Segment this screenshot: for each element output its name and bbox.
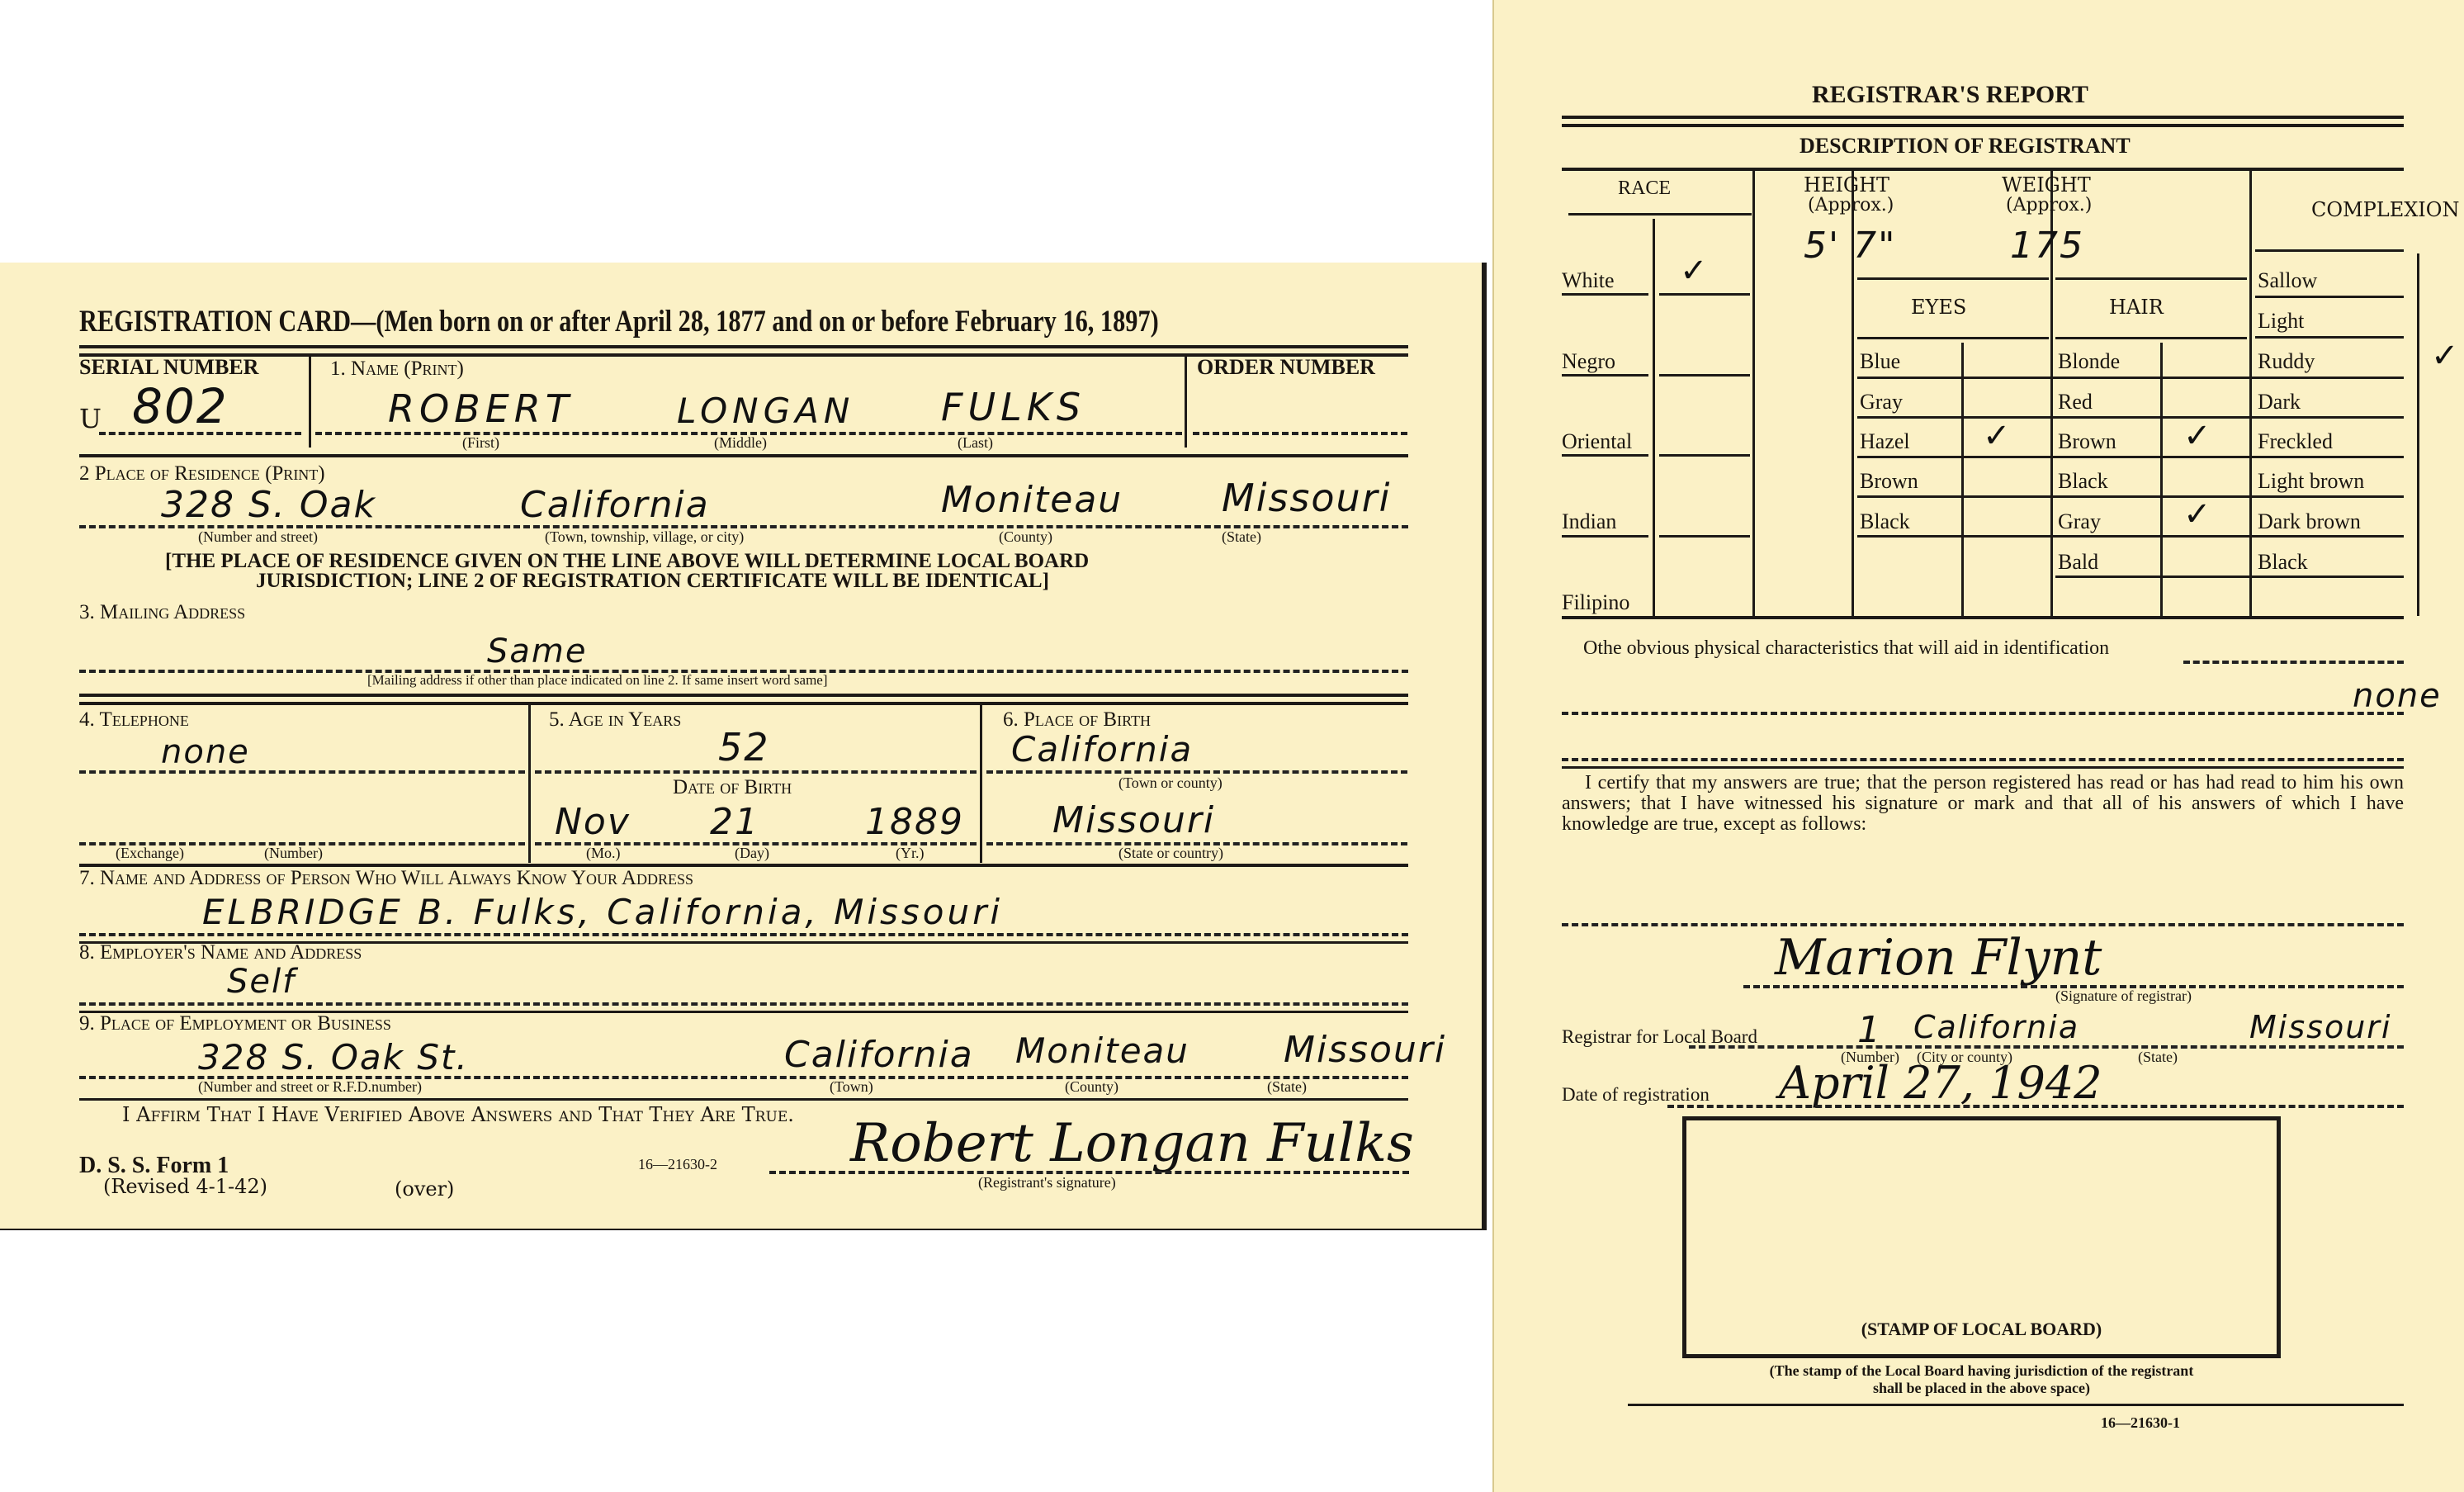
stamp-label: (STAMP OF LOCAL BOARD) [1686, 1319, 2277, 1340]
divider [2055, 277, 2247, 280]
employment-place-label: 9. Place of Employment or Business [79, 1012, 391, 1035]
complexion-header: COMPLEXION [2311, 198, 2459, 221]
registration-date-line [1667, 1105, 2404, 1108]
birthplace-label: 6. Place of Birth [1003, 708, 1151, 732]
divider [2249, 168, 2252, 616]
divider [79, 454, 1408, 457]
divider [1857, 535, 2404, 538]
race-white: White [1562, 268, 1615, 293]
dob-year-caption: (Yr.) [896, 845, 925, 862]
divider [1857, 495, 2404, 498]
complexion-ruddy: Ruddy [2258, 349, 2315, 374]
hair-blonde: Blonde [2058, 349, 2120, 374]
employment-state-caption: (State) [1267, 1078, 1307, 1096]
divider [1562, 168, 2404, 171]
hair-gray: Gray [2058, 509, 2101, 534]
race-filipino: Filipino [1562, 590, 1629, 615]
other-characteristics-line-2 [1562, 712, 2404, 715]
stamp-note-1: (The stamp of the Local Board having jur… [1682, 1362, 2281, 1380]
employment-state: Missouri [1284, 1029, 1446, 1071]
dob-day-caption: (Day) [735, 845, 769, 862]
report-title: REGISTRAR'S REPORT [1812, 81, 2088, 109]
stamp-note-2: shall be placed in the above space) [1682, 1380, 2281, 1397]
hair-red: Red [2058, 390, 2093, 414]
divider [1562, 535, 1648, 538]
certify-text: I certify that my answers are true; that… [1562, 773, 2404, 835]
over-label: (over) [395, 1177, 454, 1201]
eyes-hazel: Hazel [1860, 429, 1910, 454]
complexion-sallow: Sallow [2258, 268, 2317, 293]
eyes-black: Black [1860, 509, 1910, 534]
birthplace-state-caption: (State or country) [1118, 845, 1223, 862]
weight-sub: (Approx.) [2006, 195, 2092, 216]
complexion-light: Light [2258, 309, 2304, 334]
form-revised: (Revised 4-1-42) [103, 1175, 267, 1198]
telephone-value: none [161, 733, 250, 771]
divider [2055, 575, 2404, 578]
serial-number-value: 802 [132, 378, 229, 434]
residence-town-caption: (Town, township, village, or city) [545, 528, 744, 546]
age-label: 5. Age in Years [549, 708, 681, 732]
residence-state: Missouri [1222, 476, 1391, 520]
divider [1659, 535, 1750, 538]
employment-street: 328 S. Oak St. [198, 1037, 469, 1078]
mailing-caption: [Mailing address if other than place ind… [367, 672, 828, 689]
eyes-header: EYES [1911, 296, 1966, 319]
residence-state-caption: (State) [1222, 528, 1261, 546]
divider [980, 702, 982, 863]
divider [1653, 219, 1655, 616]
exceptions-line [1562, 923, 2404, 926]
weight-value: 175 [2010, 225, 2084, 267]
divider [2417, 253, 2419, 616]
divider [2255, 249, 2404, 252]
dob-day: 21 [710, 801, 759, 843]
dob-year: 1889 [865, 801, 964, 843]
divider [2255, 296, 2404, 298]
divider [1659, 293, 1750, 296]
divider [1857, 337, 2049, 339]
divider [1562, 454, 1648, 457]
contact-line [79, 933, 1408, 936]
divider [1562, 116, 2404, 119]
birthplace-town: California [1011, 729, 1193, 770]
front-form-code: 16—21630-2 [638, 1156, 717, 1173]
divider [1628, 1404, 2404, 1406]
eyes-brown: Brown [1860, 469, 1918, 494]
name-first-caption: (First) [462, 434, 499, 452]
height-sub: (Approx.) [1808, 195, 1894, 216]
telephone-label: 4. Telephone [79, 708, 189, 732]
residence-street-caption: (Number and street) [198, 528, 318, 546]
residence-county: Moniteau [941, 479, 1123, 521]
employer-line [79, 1002, 1408, 1006]
race-negro: Negro [1562, 349, 1615, 374]
residence-notice-2: JURISDICTION; LINE 2 OF REGISTRATION CER… [256, 570, 1049, 593]
name-label: 1. Name (Print) [330, 358, 464, 381]
card-title: REGISTRATION CARD—(Men born on or after … [79, 304, 1159, 339]
divider [1562, 293, 1648, 296]
divider [79, 345, 1408, 348]
registrar-signature: Marion Flynt [1775, 929, 2102, 987]
hair-gray-check: ✓ [2183, 495, 2211, 533]
divider [1857, 277, 2049, 280]
serial-line [99, 432, 301, 435]
complexion-black: Black [2258, 550, 2308, 575]
divider [1857, 456, 2404, 458]
divider [1659, 374, 1750, 377]
divider [309, 355, 311, 448]
race-white-check: ✓ [1680, 252, 1708, 290]
divider [2055, 337, 2247, 339]
hair-brown-check: ✓ [2183, 417, 2211, 455]
registrar-signature-caption: (Signature of registrar) [2055, 988, 2192, 1005]
divider [1562, 616, 2404, 619]
registration-date-label: Date of registration [1562, 1084, 1710, 1106]
affirmation-text: I Affirm That I Have Verified Above Answ… [122, 1103, 794, 1126]
hair-black: Black [2058, 469, 2108, 494]
local-board-city: California [1913, 1009, 2079, 1045]
residence-label: 2 Place of Residence (Print) [79, 462, 325, 485]
name-last-caption: (Last) [958, 434, 993, 452]
eyes-blue: Blue [1860, 349, 1900, 374]
divider [1961, 343, 1964, 616]
hair-brown: Brown [2058, 429, 2116, 454]
complexion-dark: Dark [2258, 390, 2301, 414]
employment-town: California [784, 1034, 974, 1076]
name-middle-caption: (Middle) [714, 434, 767, 452]
divider [1857, 416, 2404, 419]
divider [1857, 377, 2404, 379]
divider [1562, 766, 2404, 769]
residence-county-caption: (County) [999, 528, 1052, 546]
signature-caption: (Registrant's signature) [978, 1174, 1116, 1191]
telephone-number-caption: (Number) [264, 845, 323, 862]
divider [1659, 454, 1750, 457]
complexion-light-brown: Light brown [2258, 469, 2364, 494]
other-characteristics-label: Othe obvious physical characteristics th… [1583, 637, 2109, 660]
divider [79, 1098, 1408, 1101]
dob-month-caption: (Mo.) [586, 845, 621, 862]
race-header: RACE [1618, 178, 1671, 200]
mailing-value: Same [487, 632, 587, 670]
dob-month: Nov [555, 801, 631, 843]
age-line [535, 770, 977, 774]
stamp-box: (STAMP OF LOCAL BOARD) [1682, 1116, 2281, 1358]
back-form-code: 16—21630-1 [2101, 1414, 2180, 1432]
contact-value: ELBRIDGE B. Fulks, California, Missouri [202, 892, 1003, 932]
name-last: FULKS [941, 385, 1085, 429]
race-oriental: Oriental [1562, 429, 1632, 454]
divider [1185, 355, 1187, 448]
birthplace-state: Missouri [1052, 799, 1215, 841]
height-header: HEIGHT [1804, 173, 1889, 197]
employer-value: Self [227, 963, 296, 1001]
race-indian: Indian [1562, 509, 1616, 534]
divider [79, 694, 1408, 697]
order-number-label: ORDER NUMBER [1197, 355, 1375, 380]
eyes-hazel-check: ✓ [1983, 417, 2011, 455]
registration-date-value: April 27, 1942 [1779, 1057, 2102, 1109]
divider [1752, 168, 1755, 616]
telephone-line [79, 770, 525, 774]
divider [79, 702, 1408, 705]
registration-card-front: REGISTRATION CARD—(Men born on or after … [0, 263, 1487, 1230]
registrar-report-back: REGISTRAR'S REPORT DESCRIPTION OF REGIST… [1492, 0, 2464, 1492]
employment-street-caption: (Number and street or R.F.D.number) [198, 1078, 422, 1096]
birthplace-town-caption: (Town or county) [1118, 774, 1223, 792]
mailing-label: 3. Mailing Address [79, 601, 245, 624]
serial-number-label: SERIAL NUMBER [79, 355, 258, 380]
name-middle: LONGAN [677, 391, 854, 431]
complexion-freckled: Freckled [2258, 429, 2333, 454]
employer-label: 8. Employer's Name and Address [79, 941, 362, 964]
age-value: 52 [718, 725, 770, 770]
serial-prefix: U [79, 403, 102, 434]
dob-label: Date of Birth [673, 776, 792, 799]
local-board-state: Missouri [2249, 1009, 2391, 1045]
divider [528, 702, 531, 863]
residence-town: California [520, 484, 710, 526]
local-board-state-caption: (State) [2138, 1049, 2178, 1066]
other-characteristics-line-3 [1562, 758, 2404, 761]
complexion-ruddy-check: ✓ [2431, 337, 2459, 375]
divider [1568, 213, 1752, 216]
residence-street: 328 S. Oak [161, 484, 376, 526]
divider [1562, 374, 1648, 377]
other-characteristics-line-1 [2183, 661, 2404, 664]
divider [1562, 124, 2404, 127]
birthplace-town-line [986, 770, 1407, 774]
order-number-line [1193, 432, 1407, 435]
telephone-exchange-caption: (Exchange) [116, 845, 184, 862]
registrant-signature: Robert Longan Fulks [850, 1113, 1414, 1174]
divider [2255, 336, 2404, 339]
weight-header: WEIGHT [2002, 173, 2091, 197]
employment-town-caption: (Town) [830, 1078, 873, 1096]
other-characteristics-value: none [2353, 677, 2442, 715]
eyes-gray: Gray [1860, 390, 1903, 414]
height-value: 5' 7" [1804, 225, 1896, 267]
contact-label: 7. Name and Address of Person Who Will A… [79, 867, 693, 890]
hair-header: HAIR [2109, 296, 2164, 319]
report-subtitle: DESCRIPTION OF REGISTRANT [1800, 134, 2131, 159]
hair-bald: Bald [2058, 550, 2098, 575]
employment-county-caption: (County) [1065, 1078, 1118, 1096]
complexion-dark-brown: Dark brown [2258, 509, 2361, 534]
name-first: ROBERT [388, 386, 574, 431]
local-board-line [1689, 1045, 2404, 1049]
employment-county: Moniteau [1015, 1030, 1189, 1071]
